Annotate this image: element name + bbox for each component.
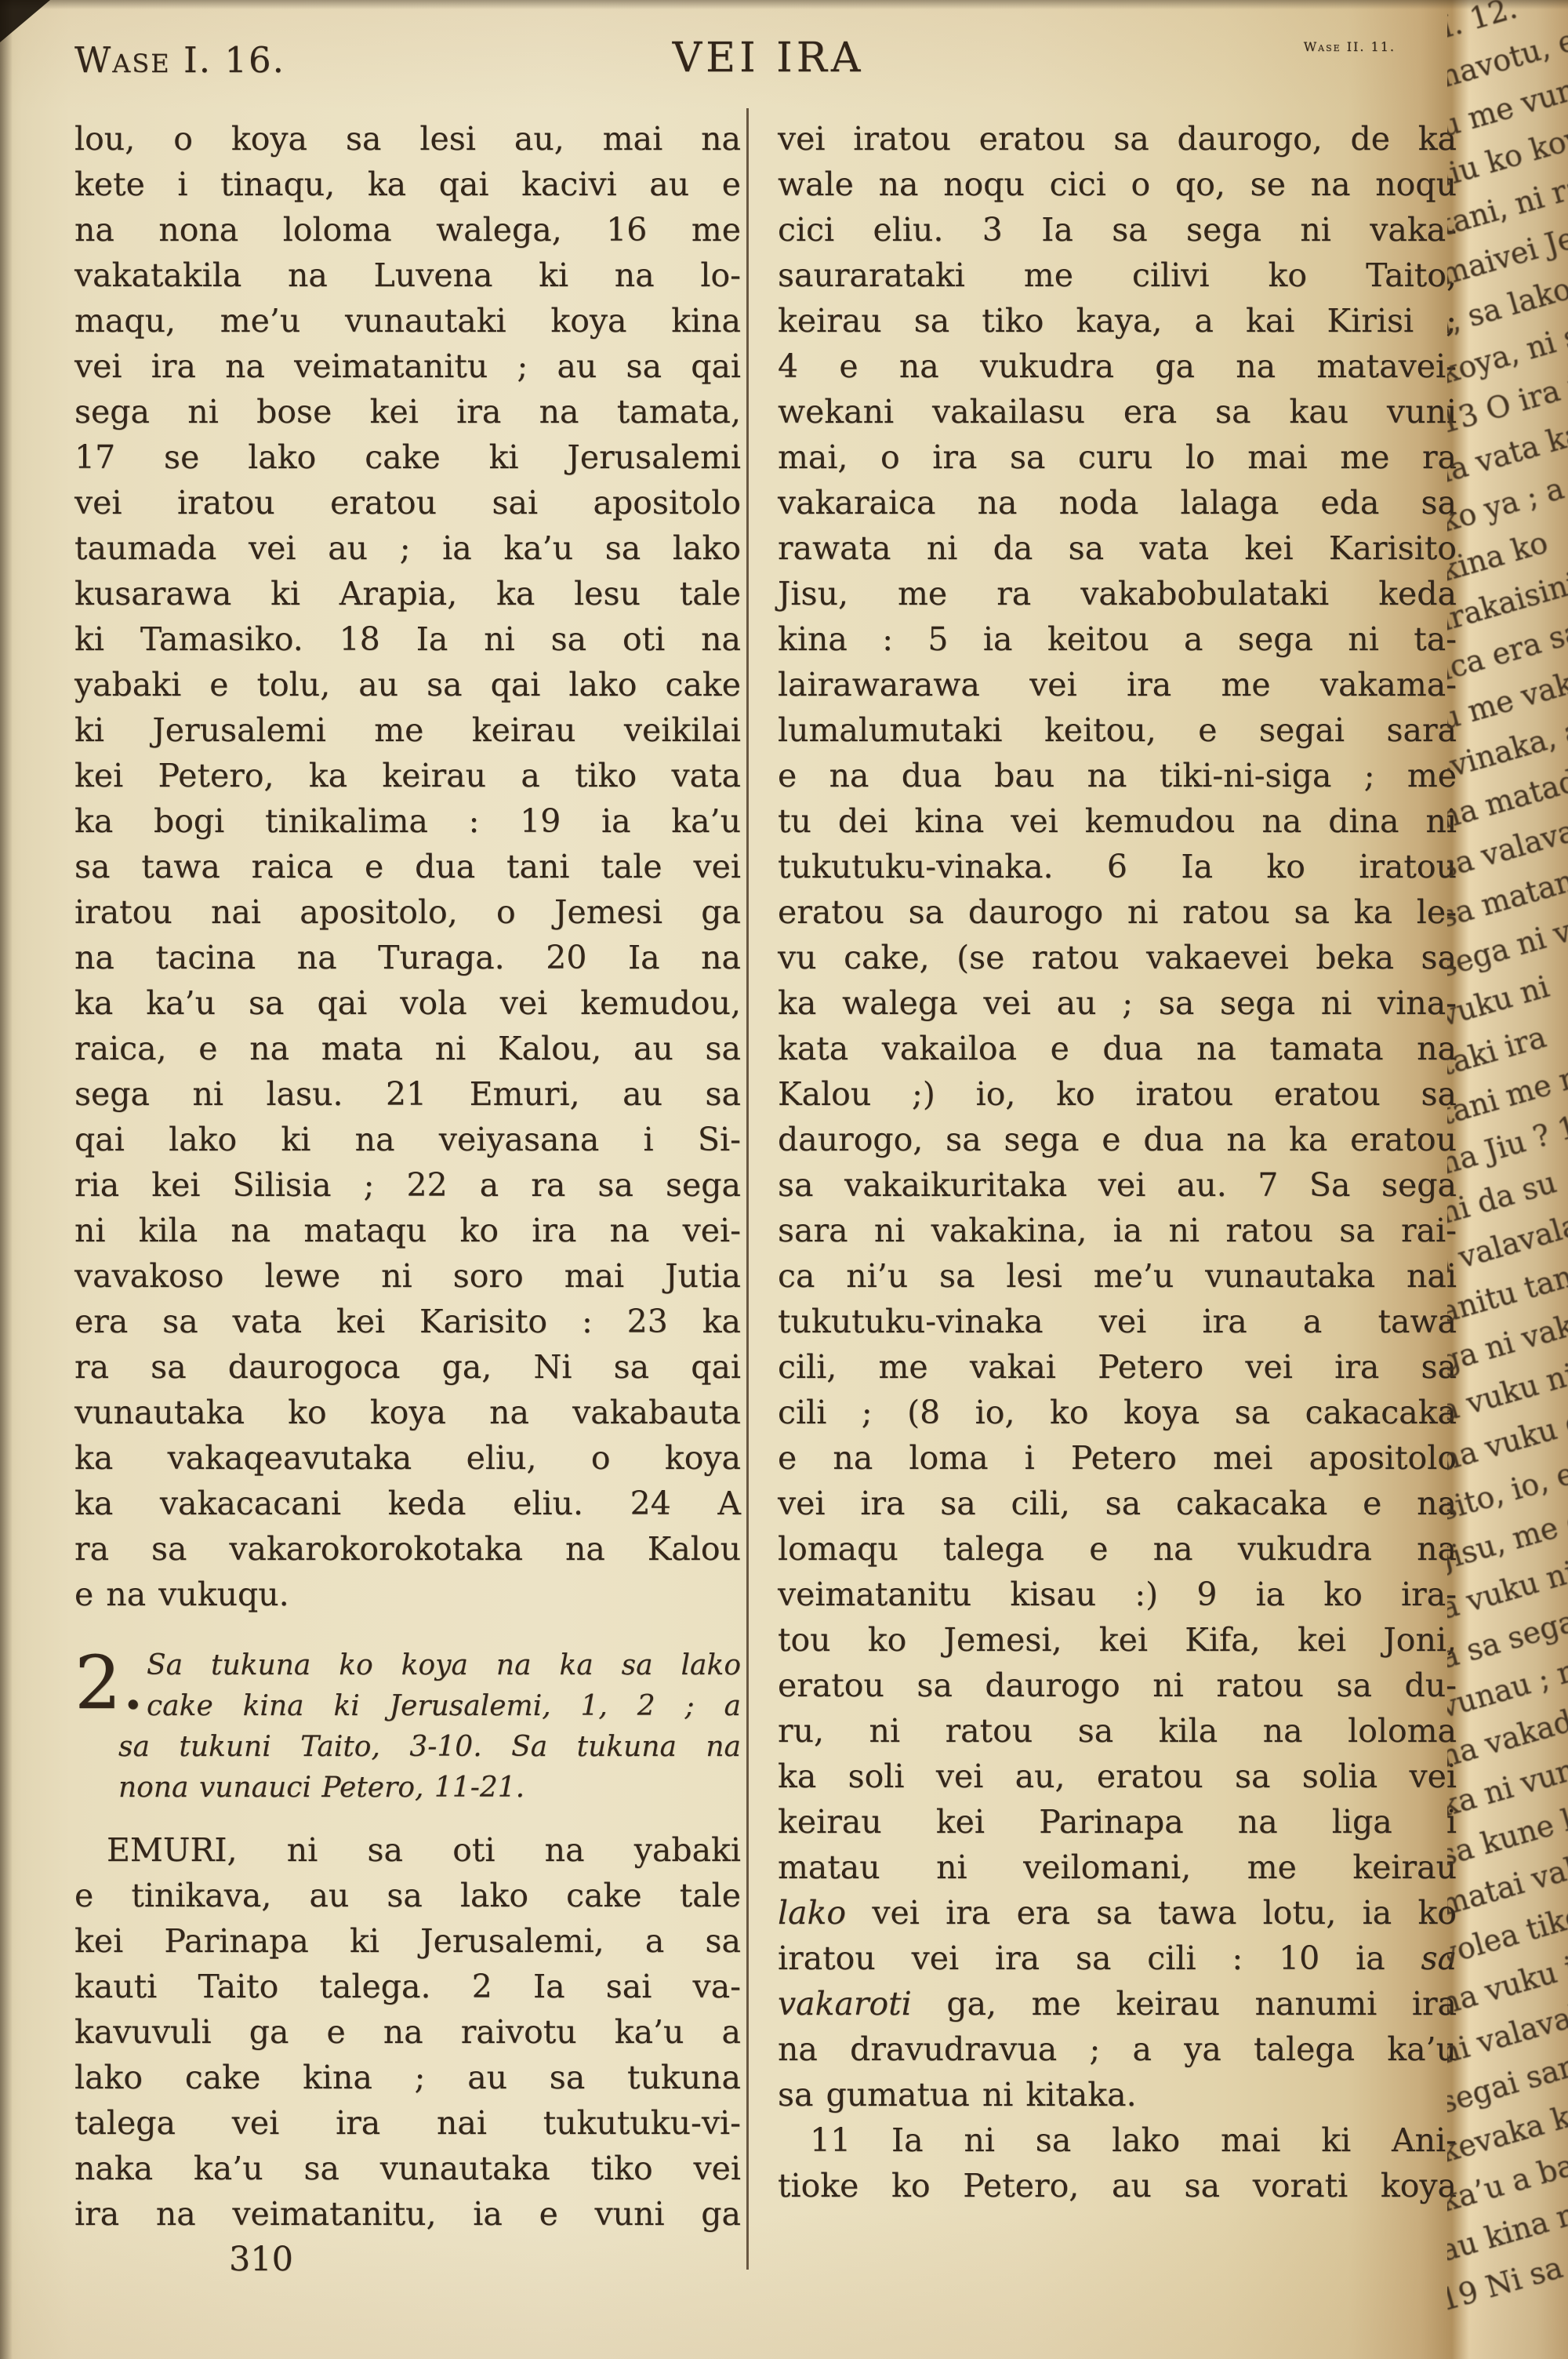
text-line: ra sa vakarokorokotaka na Kalou [74,1526,741,1572]
text-line: iratou nai apositolo, o Jemesi ga [74,889,741,935]
text-line: sa tawa raica e dua tani tale vei [74,844,741,889]
text-line: vei iratou eratou sa daurogo, de ka [778,116,1457,162]
text-line: qai lako ki na veiyasana i Si- [74,1117,741,1162]
text-line: tu dei kina vei kemudou na dina ni [778,798,1457,844]
text-line: Kalou ;) io, ko iratou eratou sa [778,1071,1457,1117]
page-top-shadow [0,0,1568,9]
text-line: ka bogi tinikalima : 19 ia ka’u [74,798,741,844]
text-line: keirau sa tiko kaya, a kai Kirisi ; [778,298,1457,343]
text-line: cili ; (8 io, ko koya sa cakacaka [778,1390,1457,1435]
text-line: kauti Taito talega. 2 Ia sai va- [74,1964,741,2009]
text-line: ka vakacacani keda eliu. 24 A [74,1481,741,1526]
text-line: lako vei ira era sa tawa lotu, ia ko [778,1890,1457,1936]
column-divider-rule [746,108,749,2270]
text-line: tou ko Jemesi, kei Kifa, kei Joni, [778,1617,1457,1663]
text-line: keirau kei Parinapa na liga i [778,1799,1457,1845]
text-line: wekani vakailasu era sa kau vuni [778,389,1457,434]
text-line: ni kila na mataqu ko ira na vei- [74,1208,741,1253]
text-line: sa tukuni Taito, 3-10. Sa tukuna na [118,1727,741,1768]
text-line: vakaroti ga, me keirau nanumi ira [778,1981,1457,2026]
text-line: e na dua bau na tiki-ni-siga ; me [778,753,1457,798]
text-line: ka ka’u sa qai vola vei kemudou, [74,980,741,1026]
text-line: saurarataki me cilivi ko Taito, [778,253,1457,298]
text-line: eratou sa daurogo ni ratou sa du- [778,1663,1457,1708]
text-line: ka vakaqeavutaka eliu, o koya [74,1435,741,1481]
text-line: kete i tinaqu, ka qai kacivi au e [74,162,741,207]
text-line: tukutuku-vinaka vei ira a tawa [778,1299,1457,1344]
text-line: ru, ni ratou sa kila na loloma [778,1708,1457,1754]
text-line: kina : 5 ia keitou a sega ni ta- [778,616,1457,662]
text-line: naka ka’u sa vunautaka tiko vei [74,2146,741,2191]
text-line: tioke ko Petero, au sa vorati koya [778,2163,1457,2208]
running-head-left: Wase I. 16. [74,39,285,81]
text-line: daurogo, sa sega e dua na ka eratou [778,1117,1457,1162]
text-line: sega ni lasu. 21 Emuri, au sa [74,1071,741,1117]
text-line: Sa tukuna ko koya na ka sa lako [74,1645,741,1686]
text-line: cici eliu. 3 Ia sa sega ni vaka- [778,207,1457,253]
text-line: kata vakailoa e dua na tamata na [778,1026,1457,1071]
text-line: talega vei ira nai tukutuku-vi- [74,2100,741,2146]
chapter-heading: 2. Sa tukuna ko koya na ka sa lakocake k… [74,1645,741,1808]
text-line: 11 Ia ni sa lako mai ki Ani- [778,2117,1457,2163]
text-line: vu cake, (se ratou vakaevei beka sa [778,935,1457,980]
text-line: sa gumatua ni kitaka. [778,2072,1457,2117]
text-line: yabaki e tolu, au sa qai lako cake [74,662,741,707]
text-line: na dravudravua ; a ya talega ka’u [778,2026,1457,2072]
text-line: e tinikava, au sa lako cake tale [74,1873,741,1918]
text-line: vei ira sa cili, sa cakacaka e na [778,1481,1457,1526]
text-line: tukutuku-vinaka. 6 Ia ko iratou [778,844,1457,889]
text-line: 4 e na vukudra ga na matavei- [778,343,1457,389]
text-line: ria kei Silisia ; 22 a ra sa sega [74,1162,741,1208]
text-line: lumalumutaki keitou, e segai sara [778,707,1457,753]
text-line: na tacina na Turaga. 20 Ia na [74,935,741,980]
adjacent-page-edge: I. 12.navotu, eu me vunauliu ko koya vat… [1447,0,1568,2359]
text-line: vavakoso lewe ni soro mai Jutia [74,1253,741,1299]
text-line: kei Parinapa ki Jerusalemi, a sa [74,1918,741,1964]
text-line: raica, e na mata ni Kalou, au sa [74,1026,741,1071]
text-line: sa vakaikuritaka vei au. 7 Sa sega [778,1162,1457,1208]
text-line: vakaraica na noda lalaga eda sa [778,480,1457,525]
text-line: EMURI, ni sa oti na yabaki [74,1827,741,1873]
left-column-verses: lou, o koya sa lesi au, mai nakete i tin… [74,116,741,1617]
text-line: veimatanitu kisau :) 9 ia ko ira- [778,1572,1457,1617]
text-line: ka soli vei au, eratou sa solia vei [778,1754,1457,1799]
text-line: ca ni’u sa lesi me’u vunautaka nai [778,1253,1457,1299]
text-line: ka walega vei au ; sa sega ni vina- [778,980,1457,1026]
partial-text-line: I. 12. [1447,0,1521,45]
text-line: kusarawa ki Arapia, ka lesu tale [74,571,741,616]
text-line: vei iratou eratou sai apositolo [74,480,741,525]
text-line: ki Tamasiko. 18 Ia ni sa oti na [74,616,741,662]
text-line: lou, o koya sa lesi au, mai na [74,116,741,162]
text-line: nona vunauci Petero, 11-21. [118,1768,741,1808]
text-line: 17 se lako cake ki Jerusalemi [74,434,741,480]
text-line: matau ni veilomani, me keirau [778,1845,1457,1890]
text-line: kavuvuli ga e na raivotu ka’u a [74,2009,741,2055]
text-line: sega ni bose kei ira na tamata, [74,389,741,434]
text-line: cili, me vakai Petero vei ira sa [778,1344,1457,1390]
text-line: e na loma i Petero mei apositolo [778,1435,1457,1481]
page-number: 310 [194,2240,328,2279]
book-page-scan: Wase I. 16. VEI IRA Wase II. 11. lou, o … [0,0,1568,2359]
text-line: mai, o ira sa curu lo mai me ra [778,434,1457,480]
chapter-opening-paragraph: EMURI, ni sa oti na yabakie tinikava, au… [74,1827,741,2237]
text-line: era sa vata kei Karisito : 23 ka [74,1299,741,1344]
text-line: vakatakila na Luvena ki na lo- [74,253,741,298]
page-corner-shadow [0,0,50,42]
text-line: iratou vei ira sa cili : 10 ia sa [778,1936,1457,1981]
text-line: ki Jerusalemi me keirau veikilai [74,707,741,753]
text-line: e na vukuqu. [74,1572,741,1617]
text-line: sara ni vakakina, ia ni ratou sa rai- [778,1208,1457,1253]
text-line: ra sa daurogoca ga, Ni sa qai [74,1344,741,1390]
right-column: vei iratou eratou sa daurogo, de kawale … [778,116,1457,2208]
text-line: rawata ni da sa vata kei Karisito [778,525,1457,571]
text-line: Jisu, me ra vakabobulataki keda [778,571,1457,616]
text-line: lomaqu talega e na vukudra na [778,1526,1457,1572]
text-line: taumada vei au ; ia ka’u sa lako [74,525,741,571]
text-line: maqu, me’u vunautaki koya kina [74,298,741,343]
text-line: wale na noqu cici o qo, se na noqu [778,162,1457,207]
text-line: lairawarawa vei ira me vakama- [778,662,1457,707]
text-line: cake kina ki Jerusalemi, 1, 2 ; a [74,1686,741,1727]
text-line: vunautaka ko koya na vakabauta [74,1390,741,1435]
left-column: lou, o koya sa lesi au, mai nakete i tin… [74,116,741,2237]
text-line: eratou sa daurogo ni ratou sa ka le- [778,889,1457,935]
text-line: lako cake kina ; au sa tukuna [74,2055,741,2100]
text-line: ira na veimatanitu, ia e vuni ga [74,2191,741,2237]
text-line: kei Petero, ka keirau a tiko vata [74,753,741,798]
page-left-shadow [0,0,13,2359]
text-line: vei ira na veimatanitu ; au sa qai [74,343,741,389]
chapter-number: 2. [74,1645,147,1727]
running-head-right: Wase II. 11. [1129,39,1396,54]
running-head-title: VEI IRA [619,35,917,82]
text-line: na nona loloma walega, 16 me [74,207,741,253]
